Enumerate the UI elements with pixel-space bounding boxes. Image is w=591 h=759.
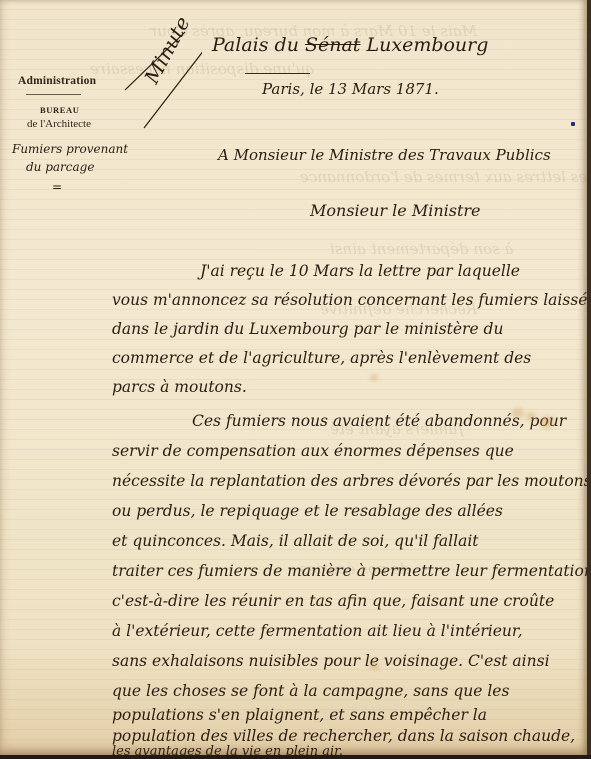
body-line: commerce et de l'agriculture, après l'en… bbox=[112, 349, 531, 367]
place-prefix: Palais du bbox=[212, 34, 299, 56]
body-line: J'ai reçu le 10 Mars la lettre par laque… bbox=[200, 262, 520, 280]
body-line: nécessite la replantation des arbres dév… bbox=[112, 472, 587, 490]
body-line: traiter ces fumiers de manière à permett… bbox=[112, 562, 587, 580]
body-line: dans le jardin du Luxembourg par le mini… bbox=[112, 320, 503, 338]
salutation: Monsieur le Ministre bbox=[310, 201, 481, 220]
body-line: ou perdus, le repiquage et le resablage … bbox=[112, 502, 503, 520]
body-line: vous m'annoncez sa résolution concernant… bbox=[112, 291, 587, 309]
addressee: A Monsieur le Ministre des Travaux Publi… bbox=[218, 146, 551, 164]
body-line: à l'extérieur, cette fermentation ait li… bbox=[112, 622, 523, 640]
divider bbox=[245, 73, 310, 74]
body-line: que les choses se font à la campagne, sa… bbox=[112, 682, 509, 700]
paper-stain bbox=[512, 408, 524, 418]
body-line: servir de compensation aux énormes dépen… bbox=[112, 442, 514, 460]
body-line: c'est-à-dire les réunir en tas afin que,… bbox=[112, 592, 554, 610]
place-name: Luxembourg bbox=[367, 34, 489, 56]
ink-dot bbox=[571, 122, 575, 126]
body-line: les avantages de la vie en plein air. bbox=[112, 744, 343, 755]
margin-note-line-2: du parcage bbox=[26, 160, 94, 174]
body-line: et quinconces. Mais, il allait de soi, q… bbox=[112, 532, 479, 550]
body-line: populations s'en plaignent, et sans empê… bbox=[112, 706, 487, 724]
place-struck: Sénat bbox=[305, 34, 360, 56]
paper-stain bbox=[540, 416, 554, 428]
paper-stain bbox=[526, 412, 536, 421]
body-line: sans exhalaisons nuisibles pour le voisi… bbox=[112, 652, 550, 670]
header-place: Palais du Sénat Luxembourg bbox=[212, 34, 488, 56]
body-line: Ces fumiers nous avaient été abandonnés,… bbox=[192, 412, 566, 430]
letter-page: Mais le 10 Mars à mon bureau, après Cour… bbox=[0, 0, 587, 755]
bleed-through-text: à son département ainsi bbox=[330, 240, 513, 258]
body-line: parcs à moutons. bbox=[112, 378, 247, 396]
scan-edge bbox=[0, 755, 591, 759]
margin-note-line-1: Fumiers provenant bbox=[12, 142, 128, 156]
letterhead-department: de l'Architecte bbox=[27, 118, 91, 130]
paper-stain bbox=[370, 662, 379, 670]
letterhead-bureau: BUREAU bbox=[40, 105, 80, 115]
divider bbox=[26, 94, 81, 95]
scan-edge bbox=[587, 0, 591, 759]
body-line: population des villes de rechercher, dan… bbox=[112, 727, 575, 745]
paper-stain bbox=[370, 374, 378, 381]
bleed-through-text: des lettres aux termes de l'ordonnance bbox=[300, 168, 587, 186]
date-line: Paris, le 13 Mars 1871. bbox=[262, 80, 439, 98]
margin-note-mark: = bbox=[52, 180, 62, 194]
letterhead-administration: Administration bbox=[18, 75, 96, 87]
